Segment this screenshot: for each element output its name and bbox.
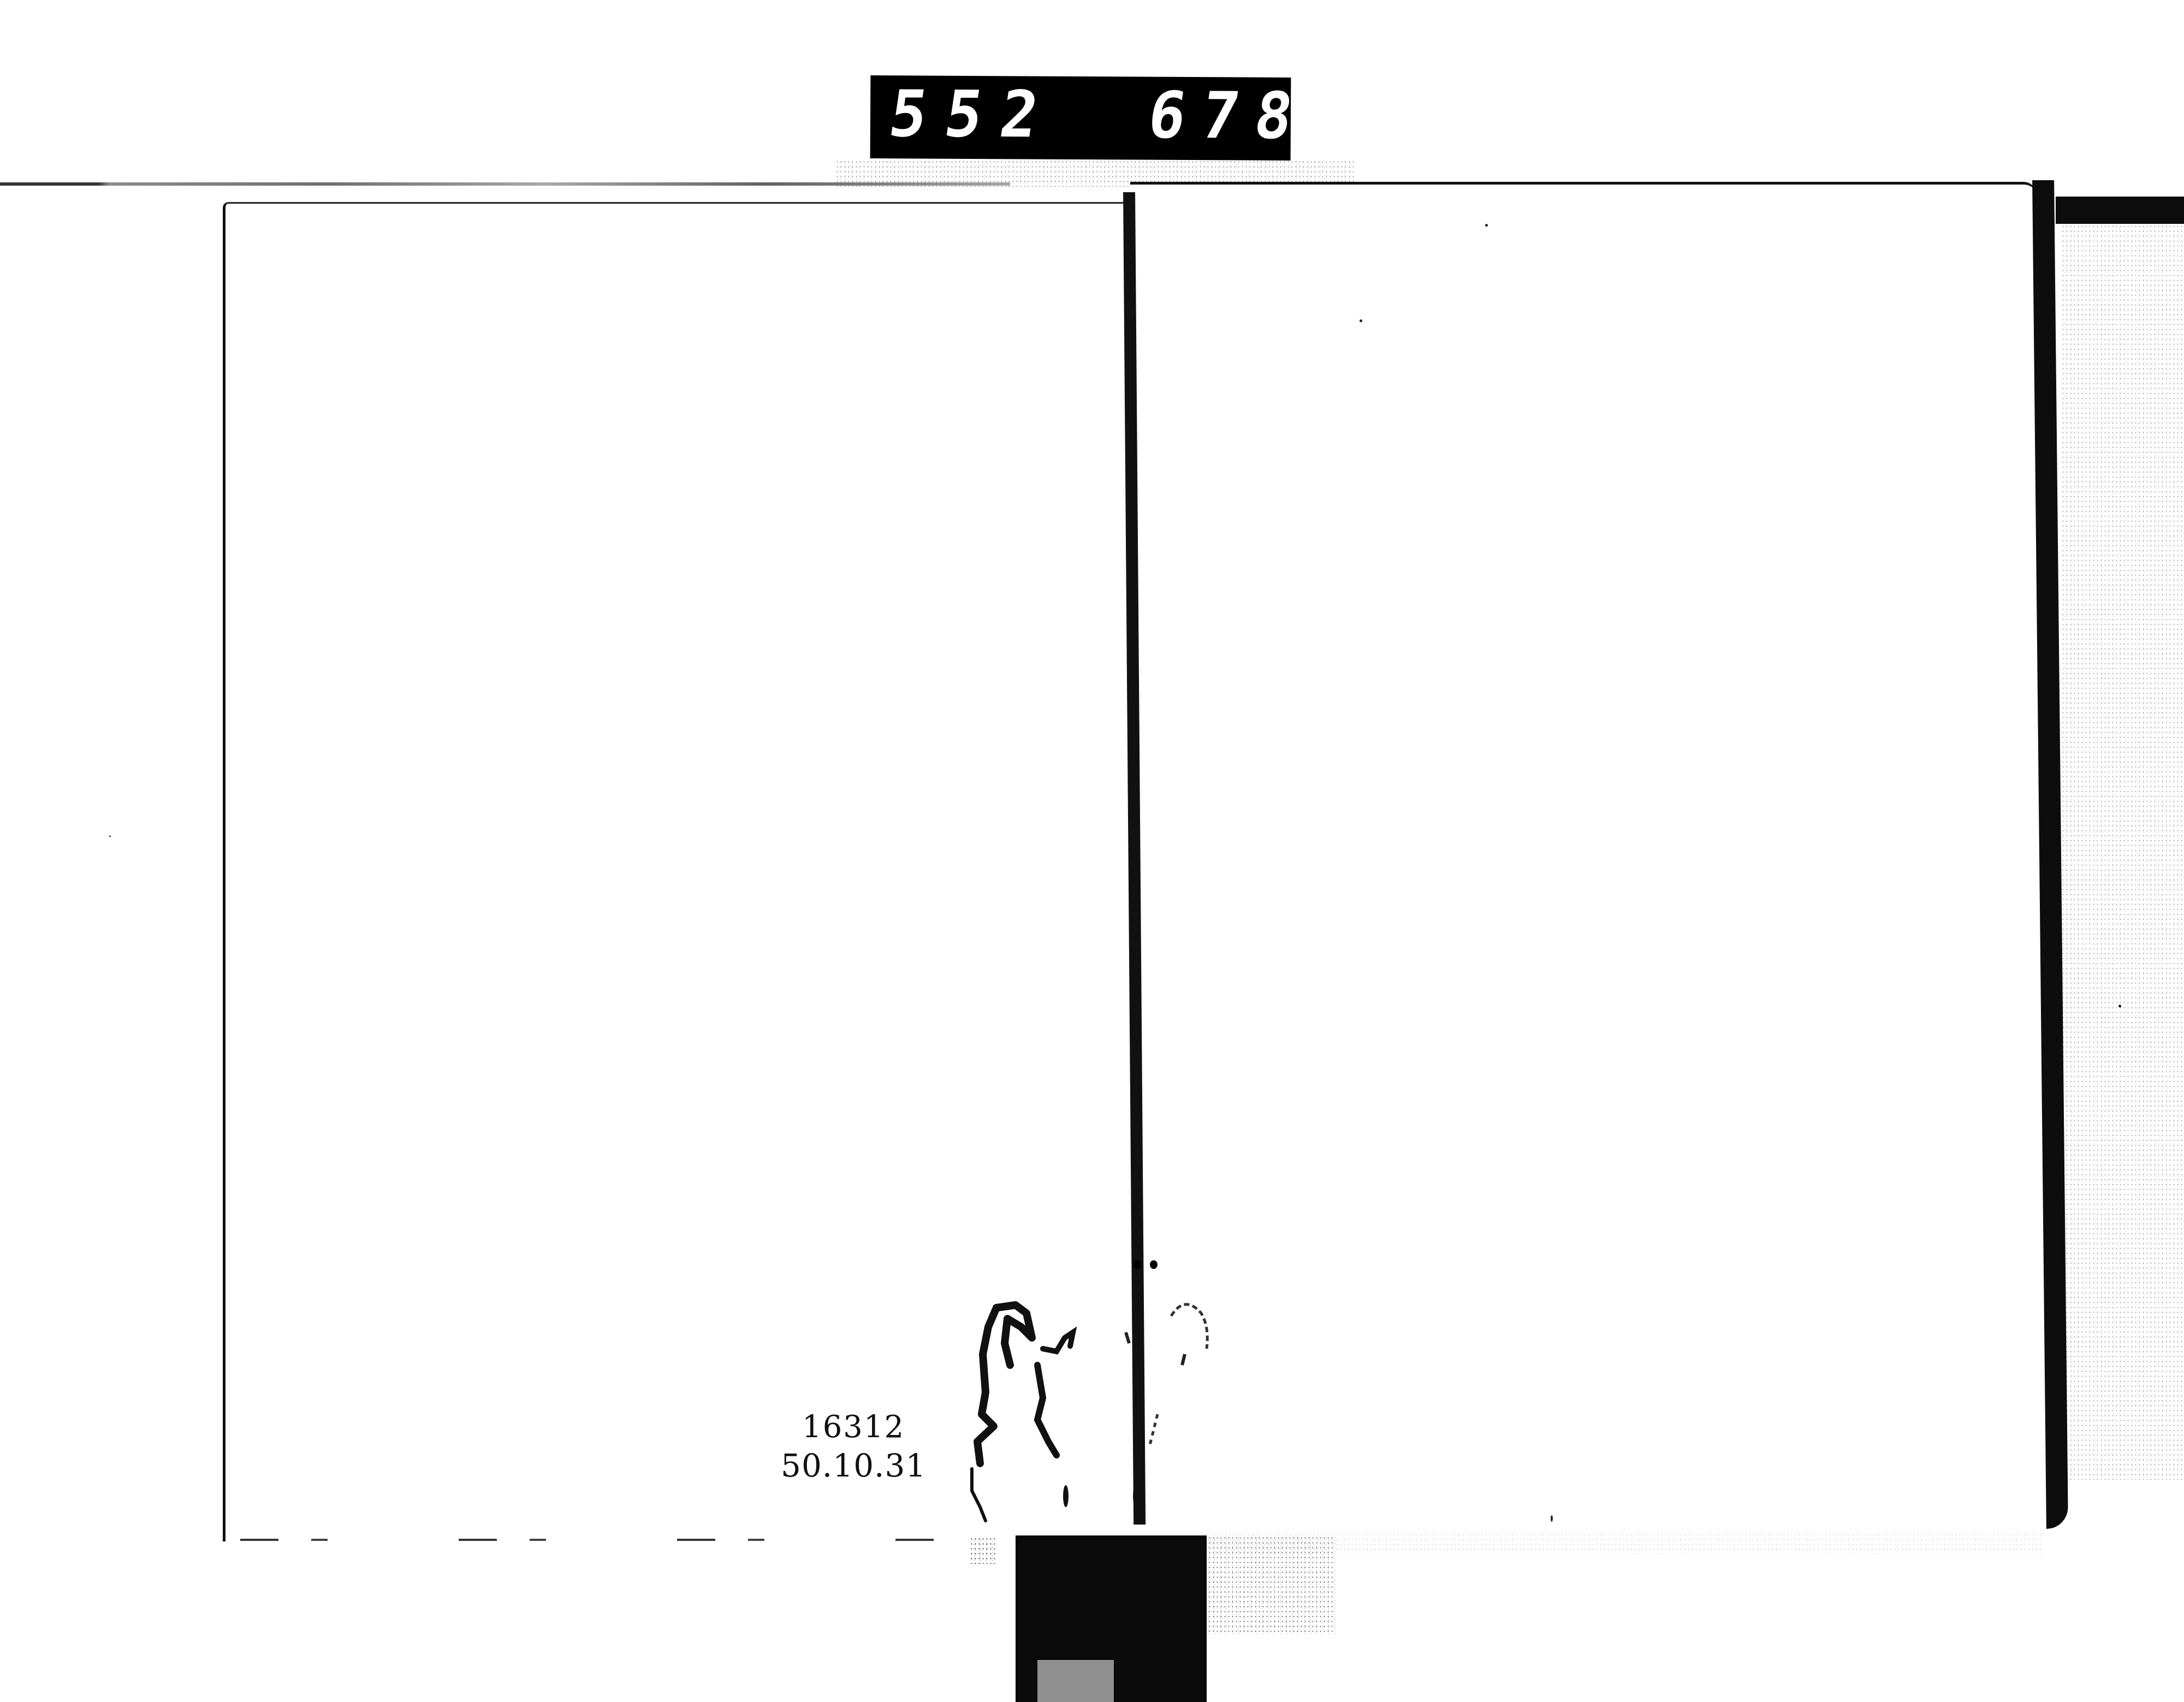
spine-stitch-left (1133, 1260, 1141, 1269)
archive-stamp-date: 50.10.31 (781, 1449, 926, 1482)
speck (1551, 1515, 1553, 1522)
spine-stitch-right (1150, 1260, 1158, 1269)
frame-counter-left-value: 552 (885, 77, 1061, 152)
cover-top-edge (2056, 197, 2184, 224)
frame-counter: 552 678. (870, 75, 1291, 161)
archive-stamp: 16312 50.10.31 (781, 1412, 926, 1482)
speck (109, 835, 111, 837)
bottom-shadow-band (1201, 1532, 2042, 1554)
speck (2118, 1005, 2121, 1007)
speck (1485, 224, 1488, 227)
left-page-bottom-edge (240, 1539, 950, 1541)
bottom-holder-highlight (1037, 1660, 1114, 1702)
bottom-stub (970, 1537, 997, 1564)
speck (1360, 319, 1362, 322)
frame-counter-right-value: 678. (1143, 78, 1367, 153)
binding-strings (956, 1283, 1338, 1540)
archive-stamp-number: 16312 (781, 1412, 926, 1444)
cover-inside-texture (2061, 224, 2184, 1480)
